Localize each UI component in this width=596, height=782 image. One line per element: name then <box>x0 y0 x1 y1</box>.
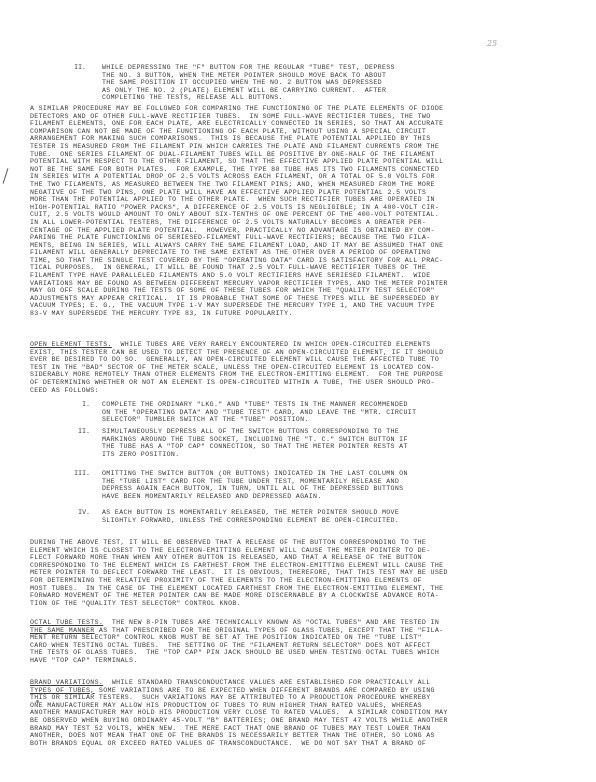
text-line: BE OBSERVED WHEN BUYING ORDINARY 45-VOLT… <box>30 717 448 725</box>
text-line: EXIST, THIS TESTER CAN BE USED TO DETECT… <box>30 349 443 357</box>
text-line: FOR DETERMINING THE RELATIVE PROXIMITY O… <box>30 577 448 585</box>
text-line: DETECTORS AND OF OTHER FULL-WAVE RECTIFI… <box>30 113 448 121</box>
text-line: TEST IN THE "BAD" SECTOR OF THE METER SC… <box>30 364 443 372</box>
paragraph-similar-procedure: A SIMILAR PROCEDURE MAY BE FOLLOWED FOR … <box>30 105 448 318</box>
text-line: COMPLETE THE ORDINARY "LKG." AND "TUBE" … <box>102 401 416 409</box>
text-line: TESTER IS MEASURED FROM THE FILAMENT PIN… <box>30 143 448 151</box>
text-line: HAVE "TOP CAP" TERMINALS. <box>30 657 443 665</box>
text-line: CENTAGE OF THE APPLIED PLATE POTENTIAL. … <box>30 227 448 235</box>
step-text: SIMULTANEOUSLY DEPRESS ALL OF THE SWITCH… <box>102 428 408 458</box>
text-line: FORWARD MOVEMENT OF THE METER POINTER CA… <box>30 592 448 600</box>
text-line: FILAMENT ELEMENTS, ONE FOR EACH PLATE, A… <box>30 120 448 128</box>
text-line: THIS OR SIMILAR TESTERS. SUCH VARIATIONS… <box>30 694 448 702</box>
text-line: DEPRESS AGAIN EACH BUTTON, IN TURN, UNTI… <box>102 485 408 493</box>
text-line: ADJUSTMENTS MAY APPEAR CRITICAL. IT IS P… <box>30 295 448 303</box>
text-line: MARKINGS AROUND THE TUBE SOCKET, INCLUDI… <box>102 436 408 444</box>
text-line: ANOTHER MANUFACTURER MAY HOLD HIS PRODUC… <box>30 709 448 717</box>
paragraph-during-test: DURING THE ABOVE TEST, IT WILL BE OBSERV… <box>30 539 448 607</box>
text-line: SIDERABLY MORE REMOTELY THAN OTHER ELEME… <box>30 371 443 379</box>
text-line: COMPLETING THE TESTS, RELEASE ALL BUTTON… <box>102 94 395 102</box>
text-line: FILAMENT WILL GENERALLY DEPRECIATE TO TH… <box>30 249 448 257</box>
text-run: WHILE STANDARD TRANSCONDUCTANCE VALUES A… <box>103 679 430 686</box>
margin-pen-mark <box>3 168 9 184</box>
step-number: I. <box>60 401 90 409</box>
text-line: THE SAME MANNER AS THAT PRESCRIBED FOR T… <box>30 627 443 635</box>
text-line: ONE MANUFACTURER MAY ALLOW HIS PRODUCTIO… <box>30 702 448 710</box>
text-run: SOME VARIATIONS ARE TO BE EXPECTED WHEN … <box>95 687 435 694</box>
text-line: WHILE DEPRESSING THE "F" BUTTON FOR THE … <box>102 64 395 72</box>
page-number: 25 <box>487 39 497 48</box>
text-line: IN SERIES WITH A POTENTIAL DROP OF 2.5 V… <box>30 173 448 181</box>
text-line: MENTS, BEING IN SERIES, WILL ALWAYS CARR… <box>30 242 448 250</box>
text-line: THE TESTS OF GLASS TUBES. THE "TOP CAP" … <box>30 649 443 657</box>
text-line: THE SAME POSITION IT OCCUPIED WHEN THE N… <box>102 79 395 87</box>
document-page: 25 II.WHILE DEPRESSING THE "F" BUTTON FO… <box>0 0 596 782</box>
text-line: BRAND MAY TEST 52 VOLTS, WHEN NEW. THE M… <box>30 725 448 733</box>
text-line: MAY GO OFF SCALE DURING THE TESTS OF SOM… <box>30 287 448 295</box>
text-line: NOT BE THE SAME FOR BOTH PLATES. FOR EXA… <box>30 166 448 174</box>
text-line: A SIMILAR PROCEDURE MAY BE FOLLOWED FOR … <box>30 105 448 113</box>
text-line: CEED AS FOLLOWS: <box>30 387 443 395</box>
text-line: VACUUM TYPES; E. G., THE VACUUM TYPE 1-V… <box>30 302 448 310</box>
text-line: OPEN ELEMENT TESTS. WHILE TUBES ARE VERY… <box>30 341 443 349</box>
text-line: IN ALL LOWER-POTENTIAL TESTERS, THE DIFF… <box>30 219 448 227</box>
section-heading: BRAND VARIATIONS. <box>30 679 103 686</box>
text-run: THE NEW 8-PIN TUBES ARE TECHNICALLY KNOW… <box>103 619 439 626</box>
text-line: BRAND VARIATIONS. WHILE STANDARD TRANSCO… <box>30 679 448 687</box>
section-heading-cont: TYPES OF TUBES, <box>30 687 95 694</box>
text-line: BOTH BRANDS EQUAL OR EXCEED RATED VALUES… <box>30 740 448 748</box>
text-line: SELECTOR" TUMBLER SWITCH AT THE "TUBE" P… <box>102 416 416 424</box>
text-line: MOST TUBES. IN THE CASE OF THE ELEMENT L… <box>30 585 448 593</box>
text-line: DURING THE ABOVE TEST, IT WILL BE OBSERV… <box>30 539 448 547</box>
text-line: SLIGHTLY FORWARD, UNLESS THE CORRESPONDI… <box>102 517 399 525</box>
step-text: OMITTING THE SWITCH BUTTON (OR BUTTONS) … <box>102 470 408 500</box>
step-text: COMPLETE THE ORDINARY "LKG." AND "TUBE" … <box>102 401 416 424</box>
text-line: ANOTHER, DOES NOT MEAN THAT ONE OF THE B… <box>30 732 448 740</box>
text-line: THE TUBE HAS A "TOP CAP" CONNECTION, SO … <box>102 443 408 451</box>
text-line: HIGH-POTENTIAL RATIO "POWER PACKS", A DI… <box>30 204 448 212</box>
text-line: SIMULTANEOUSLY DEPRESS ALL OF THE SWITCH… <box>102 428 408 436</box>
text-line: TYPES OF TUBES, SOME VARIATIONS ARE TO B… <box>30 687 448 695</box>
text-line: MENT RETURN SELECTOR" CONTROL KNOB MUST … <box>30 634 443 642</box>
text-line: ARRANGEMENT FOR MAKING SUCH COMPARISONS.… <box>30 135 448 143</box>
section-heading: OCTAL TUBE TESTS. <box>30 619 103 626</box>
text-line: TIME, SO THAT THE SINGLE TEST COVERED BY… <box>30 257 448 265</box>
text-run: WHILE TUBES ARE VERY RARELY ENCOUNTERED … <box>112 341 431 348</box>
text-line: MORE THAN THE POTENTIAL APPLIED TO THE O… <box>30 196 448 204</box>
text-line: THE NO. 3 BUTTON, WHEN THE METER POINTER… <box>102 72 395 80</box>
item-text: WHILE DEPRESSING THE "F" BUTTON FOR THE … <box>102 64 395 102</box>
text-line: POTENTIAL WITH RESPECT TO THE OTHER FILA… <box>30 158 448 166</box>
text-line: 83-V MAY SUPERSEDE THE MERCURY TYPE 83, … <box>30 310 448 318</box>
text-line: TICAL PURPOSES. IN GENERAL, IT WILL BE F… <box>30 264 448 272</box>
section-heading: OPEN ELEMENT TESTS. <box>30 341 112 348</box>
text-line: VARIATIONS MAY BE FOUND AS BETWEEN DIFFE… <box>30 280 448 288</box>
step-number: II. <box>60 428 90 436</box>
text-line: HAVE BEEN MOMENTARILY RELEASED AND DEPRE… <box>102 493 408 501</box>
paragraph-open-element-tests: OPEN ELEMENT TESTS. WHILE TUBES ARE VERY… <box>30 341 443 394</box>
paragraph-octal-tube-tests: OCTAL TUBE TESTS. THE NEW 8-PIN TUBES AR… <box>30 619 443 665</box>
section-heading-cont: THE SAME MANNER <box>30 627 95 634</box>
text-run: AS THAT PRESCRIBED FOR THE ORIGINAL TYPE… <box>95 627 444 634</box>
text-line: TUBE. ONE SERIES FILAMENT OF DUAL-FILAME… <box>30 151 448 159</box>
text-line: ELEMENT WHICH IS CLOSEST TO THE ELECTRON… <box>30 547 448 555</box>
text-line: FILAMENT TYPE HAVE PARALLELED FILAMENTS … <box>30 272 448 280</box>
text-line: THE "TUBE LIST" CARD FOR THE TUBE UNDER … <box>102 478 408 486</box>
text-line: FLECT FORWARD MORE THAN WHEN ANY OTHER B… <box>30 554 448 562</box>
item-number: II. <box>56 64 86 72</box>
text-line: CARD WHEN TESTING OCTAL TUBES. THE SETTI… <box>30 642 443 650</box>
step-number: IV. <box>60 509 90 517</box>
text-line: METER POINTER TO DEFLECT FORWARD THE LEA… <box>30 569 448 577</box>
text-line: ITS ZERO POSITION. <box>102 451 408 459</box>
text-line: TION OF THE "QUALITY TEST SELECTOR" CONT… <box>30 600 448 608</box>
step-number: III. <box>60 470 90 478</box>
text-line: EVER BE DESIRED TO DO SO. GENERALLY, AN … <box>30 356 443 364</box>
text-line: ON THE "OPERATING DATA" AND "TUBE TEST" … <box>102 409 416 417</box>
text-line: THE TWO FILAMENTS, AS MEASURED BETWEEN T… <box>30 181 448 189</box>
text-line: COMPARISON CAN NOT BE MADE OF THE FUNCTI… <box>30 128 448 136</box>
text-line: PARING THE PLATE FUNCTIONING OF SERIESED… <box>30 234 448 242</box>
text-line: OCTAL TUBE TESTS. THE NEW 8-PIN TUBES AR… <box>30 619 443 627</box>
paragraph-brand-variations: BRAND VARIATIONS. WHILE STANDARD TRANSCO… <box>30 679 448 747</box>
text-line: OMITTING THE SWITCH BUTTON (OR BUTTONS) … <box>102 470 408 478</box>
text-line: AS ONLY THE NO. 2 (PLATE) ELEMENT WILL B… <box>102 87 395 95</box>
text-line: CUIT, 2.5 VOLTS WOULD AMOUNT TO ONLY ABO… <box>30 211 448 219</box>
text-line: OF DETERMINING WHETHER OR NOT AN ELEMENT… <box>30 379 443 387</box>
step-text: AS EACH BUTTON IS MOMENTARILY RELEASED, … <box>102 509 399 524</box>
text-line: AS EACH BUTTON IS MOMENTARILY RELEASED, … <box>102 509 399 517</box>
text-line: NEGATIVE OF THE TWO PINS, ONE PLATE WILL… <box>30 189 448 197</box>
text-line: CORRESPONDING TO THE ELEMENT WHICH IS FA… <box>30 562 448 570</box>
